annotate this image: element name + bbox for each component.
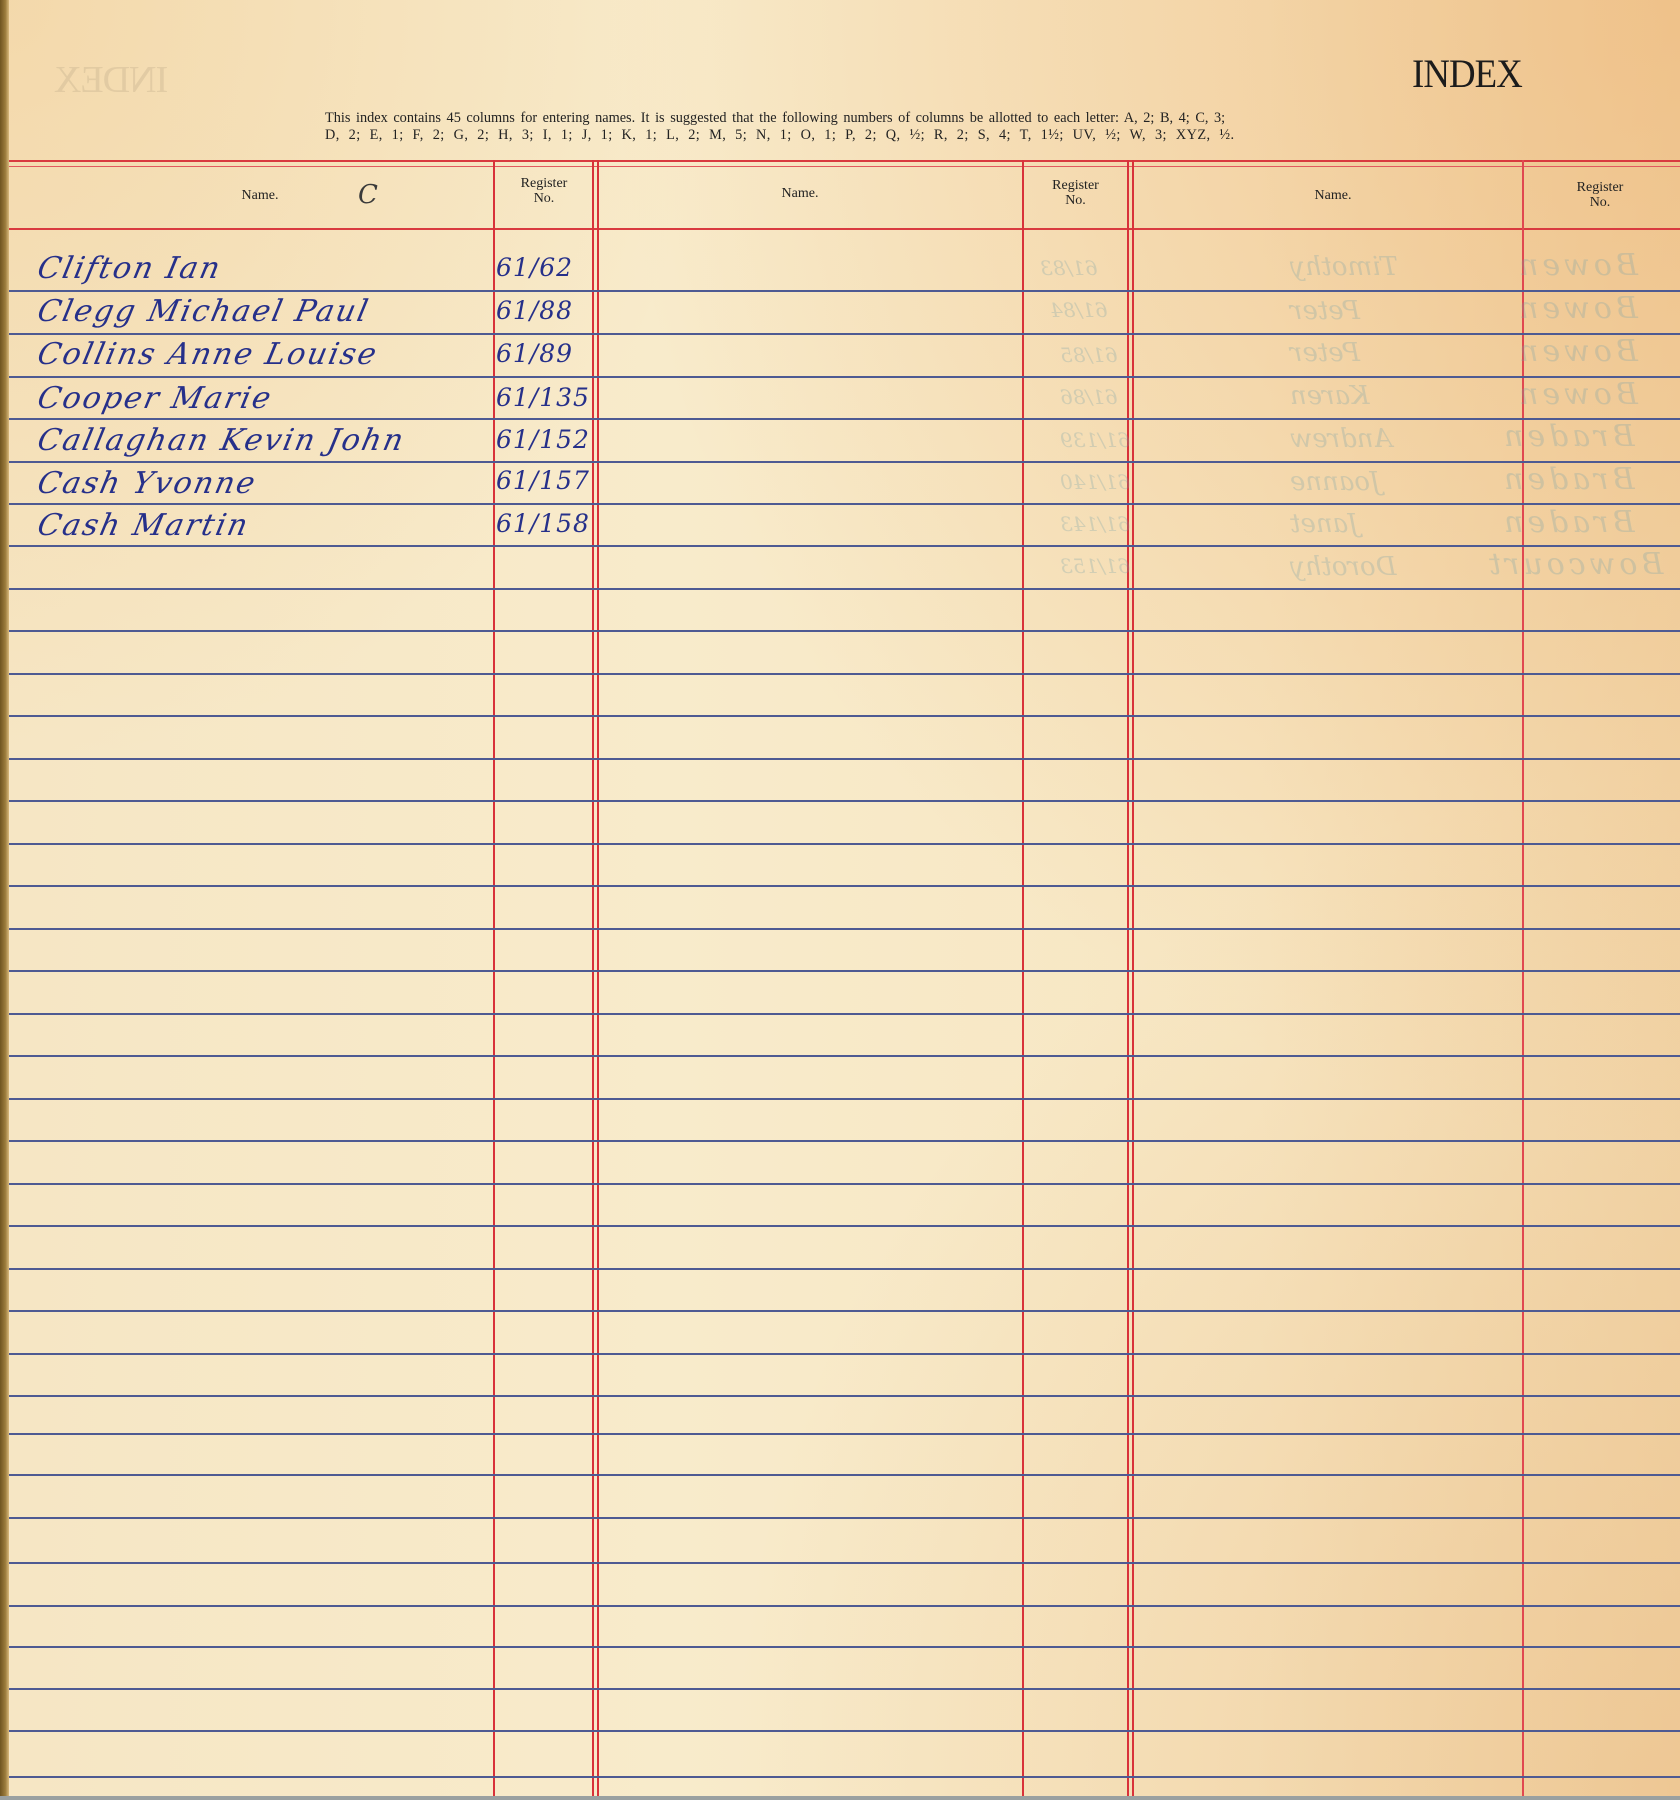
bleed-through-surname: Bowen <box>1515 248 1638 283</box>
entry-register-no: 61/88 <box>496 296 573 325</box>
header-register-col-3: Register No. <box>1560 180 1640 210</box>
bleed-through-surname: Bowcourt <box>1485 547 1663 582</box>
ruled-line <box>9 1268 1680 1270</box>
ruled-line <box>9 1776 1680 1778</box>
instructions-line-1: This index contains 45 columns for enter… <box>325 110 1235 127</box>
ruled-line <box>9 1646 1680 1648</box>
entry-register-no: 61/62 <box>496 253 573 282</box>
bleed-through-surname: Braden <box>1500 462 1635 497</box>
col-rule-name1-right <box>493 160 495 1796</box>
ruled-line <box>9 1098 1680 1100</box>
entry-register-no: 61/152 <box>496 425 590 454</box>
ruled-line <box>9 1140 1680 1142</box>
ruled-line <box>9 1517 1680 1519</box>
ruled-line <box>9 503 1680 505</box>
header-register-label: Register <box>495 176 593 191</box>
bleed-through-first-name: Andrew <box>1290 424 1392 454</box>
bleed-through-first-name: Peter <box>1290 338 1360 368</box>
entry-register-no: 61/89 <box>496 339 573 368</box>
entry-register-no: 61/135 <box>496 383 590 412</box>
bleed-through-surname: Bowen <box>1515 377 1638 412</box>
header-register-col-1: Register No. <box>495 176 593 206</box>
entry-name: Collins Anne Louise <box>34 337 381 372</box>
index-ledger-page: INDEX INDEX This index contains 45 colum… <box>0 0 1680 1796</box>
header-register-label: Register <box>1024 178 1127 193</box>
ruled-line <box>9 885 1680 887</box>
entry-name: Cash Martin <box>34 508 252 543</box>
ruled-line <box>9 1562 1680 1564</box>
entry-register-no: 61/157 <box>496 466 590 495</box>
entry-name: Callaghan Kevin John <box>34 423 408 458</box>
ruled-line <box>9 418 1680 420</box>
ruled-line <box>9 461 1680 463</box>
header-no-label: No. <box>1024 193 1127 208</box>
bleed-through-register: 61/143 <box>1060 512 1130 536</box>
ruled-line <box>9 1013 1680 1015</box>
header-bottom-rule <box>9 228 1680 230</box>
bleed-through-first-name: Peter <box>1290 296 1360 326</box>
bleed-through-register: 61/85 <box>1060 343 1118 367</box>
ruled-line <box>9 673 1680 675</box>
bleed-through-register: 61/139 <box>1060 428 1130 452</box>
ruled-line <box>9 376 1680 378</box>
entry-register-no: 61/158 <box>496 509 590 538</box>
ruled-line <box>9 1055 1680 1057</box>
bleed-through-surname: Braden <box>1500 505 1635 540</box>
section-letter: C <box>358 180 378 210</box>
col-rule-reg2-right-b <box>1132 160 1134 1796</box>
mirrored-title-ghost: INDEX <box>55 58 168 102</box>
header-name-col-2: Name. <box>760 186 840 201</box>
bleed-through-register: 61/83 <box>1040 256 1098 280</box>
ruled-line <box>9 1688 1680 1690</box>
ruled-line <box>9 630 1680 632</box>
ruled-line <box>9 715 1680 717</box>
ruled-line <box>9 1433 1680 1435</box>
bleed-through-first-name: Joanne <box>1290 467 1380 497</box>
bleed-through-first-name: Dorothy <box>1290 552 1396 582</box>
bleed-through-first-name: Janet <box>1290 509 1359 539</box>
header-top-rule-inner <box>9 166 1680 167</box>
col-rule-reg2-right-a <box>1127 160 1129 1796</box>
entry-name: Cooper Marie <box>34 381 276 416</box>
bleed-through-register: 61/140 <box>1060 470 1130 494</box>
ruled-line <box>9 1730 1680 1732</box>
bleed-through-first-name: Karen <box>1290 381 1370 411</box>
entry-name: Clifton Ian <box>34 251 225 286</box>
entry-name: Cash Yvonne <box>34 466 260 501</box>
ruled-line <box>9 1183 1680 1185</box>
header-no-label: No. <box>1560 195 1640 210</box>
header-no-label: No. <box>495 191 593 206</box>
ruled-line <box>9 1353 1680 1355</box>
bleed-through-surname: Braden <box>1500 419 1635 454</box>
ruled-line <box>9 545 1680 547</box>
ruled-line <box>9 1605 1680 1607</box>
ruled-line <box>9 290 1680 292</box>
col-rule-reg1-right-b <box>597 160 599 1796</box>
header-top-rule <box>9 160 1680 162</box>
bleed-through-surname: Bowen <box>1515 291 1638 326</box>
ruled-line <box>9 843 1680 845</box>
index-instructions: This index contains 45 columns for enter… <box>325 110 1235 144</box>
ruled-line <box>9 1395 1680 1397</box>
ruled-line <box>9 588 1680 590</box>
bleed-through-register: 61/86 <box>1060 385 1118 409</box>
ruled-line <box>9 1225 1680 1227</box>
bleed-through-surname: Bowen <box>1515 334 1638 369</box>
ruled-line <box>9 800 1680 802</box>
header-name-col-3: Name. <box>1293 188 1373 203</box>
header-register-col-2: Register No. <box>1024 178 1127 208</box>
page-title: INDEX <box>1412 50 1522 97</box>
book-spine-edge <box>0 0 9 1796</box>
header-name-col-1: Name. <box>220 188 300 203</box>
bleed-through-register: 61/84 <box>1050 298 1108 322</box>
ruled-line <box>9 928 1680 930</box>
col-rule-reg1-right-a <box>592 160 594 1796</box>
header-register-label: Register <box>1560 180 1640 195</box>
ruled-line <box>9 758 1680 760</box>
ruled-line <box>9 1474 1680 1476</box>
entry-name: Clegg Michael Paul <box>34 294 373 329</box>
ruled-line <box>9 1310 1680 1312</box>
ruled-line <box>9 970 1680 972</box>
instructions-line-2: D, 2; E, 1; F, 2; G, 2; H, 3; I, 1; J, 1… <box>325 127 1235 144</box>
col-rule-name2-right <box>1022 160 1024 1796</box>
ruled-line <box>9 333 1680 335</box>
bleed-through-register: 61/153 <box>1060 554 1130 578</box>
bleed-through-first-name: Timothy <box>1290 252 1398 282</box>
